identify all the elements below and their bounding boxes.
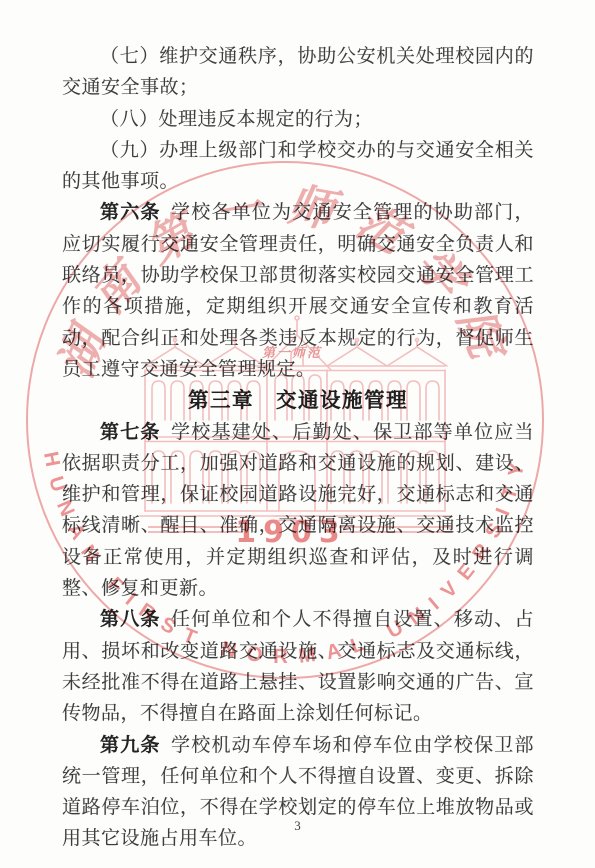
paragraph-text: （九）办理上级部门和学校交办的与交通安全相关的其他事项。 xyxy=(62,140,534,192)
law-paragraph: 第七条学校基建处、后勤处、保卫部等单位应当依据职责分工，加强对道路和交通设施的规… xyxy=(62,417,534,605)
article-label: 第八条 xyxy=(100,609,161,630)
law-paragraph: 第六条学校各单位为交通安全管理的协助部门，应切实履行交通安全管理责任，明确交通安… xyxy=(62,197,534,385)
paragraph-text: 学校各单位为交通安全管理的协助部门，应切实履行交通安全管理责任，明确交通安全负责… xyxy=(62,202,534,379)
chapter-heading: 第三章 交通设施管理 xyxy=(62,385,534,416)
document-body: （七）维护交通秩序，协助公安机关处理校园内的交通安全事故； （八）处理违反本规定… xyxy=(62,41,534,855)
law-paragraph: （八）处理违反本规定的行为； xyxy=(62,104,534,135)
paragraph-text: 学校基建处、后勤处、保卫部等单位应当依据职责分工，加强对道路和交通设施的规划、建… xyxy=(62,422,534,599)
page-number: 3 xyxy=(0,818,595,834)
law-paragraph: （七）维护交通秩序，协助公安机关处理校园内的交通安全事故； xyxy=(62,41,534,104)
paragraph-text: （七）维护交通秩序，协助公安机关处理校园内的交通安全事故； xyxy=(62,46,534,98)
article-label: 第七条 xyxy=(100,422,161,443)
article-label: 第六条 xyxy=(100,202,161,223)
paragraph-text: （八）处理违反本规定的行为； xyxy=(100,109,373,130)
law-paragraph: 第九条学校机动车停车场和停车位由学校保卫部统一管理，任何单位和个人不得擅自设置、… xyxy=(62,730,534,855)
law-paragraph: （九）办理上级部门和学校交办的与交通安全相关的其他事项。 xyxy=(62,135,534,198)
article-label: 第九条 xyxy=(100,735,161,756)
scanned-regulation-page: { "document": { "blocks": [ { "type": "p… xyxy=(0,0,595,868)
law-paragraph: 第八条任何单位和个人不得擅自设置、移动、占用、损坏和改变道路交通设施、交通标志及… xyxy=(62,604,534,729)
